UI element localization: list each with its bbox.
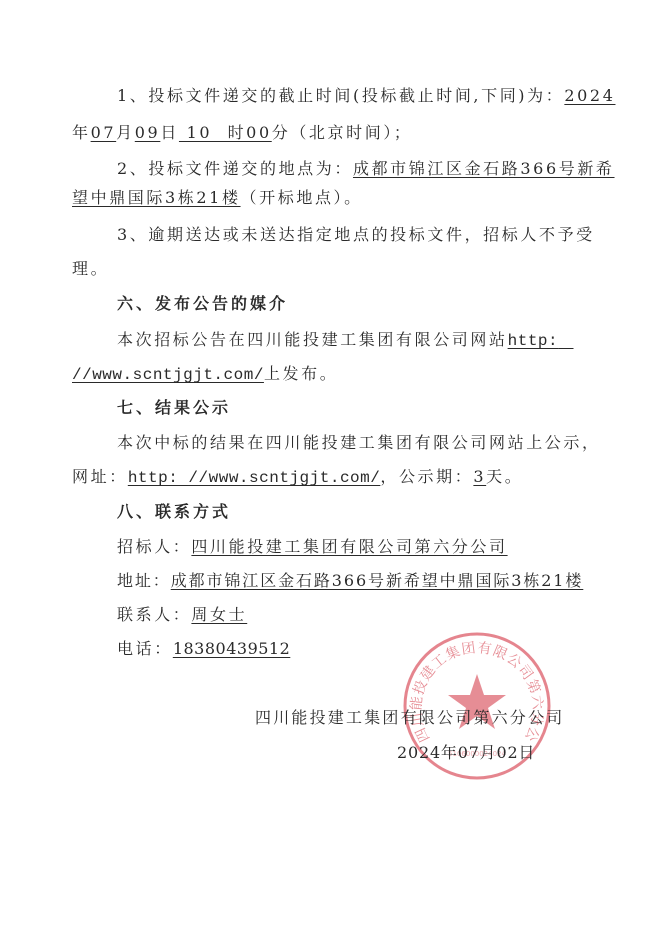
item-1-line-1: 1、投标文件递交的截止时间(投标截止时间,下同)为：2024 bbox=[117, 86, 615, 106]
section-6-text-line-1: 本次招标公告在四川能投建工集团有限公司网站http: bbox=[117, 330, 574, 351]
address-value: 成都市锦江区金石路366号新希望中鼎国际3栋21楼 bbox=[171, 571, 584, 590]
publish-text: 本次招标公告在四川能投建工集团有限公司网站 bbox=[117, 330, 508, 349]
contact-row: 联系人：周女士 bbox=[117, 605, 247, 625]
section-6-text-line-2: //www.scntjgjt.com/上发布。 bbox=[72, 364, 338, 385]
phone-row: 电话：18380439512 bbox=[117, 639, 290, 659]
section-6-heading: 六、发布公告的媒介 bbox=[117, 294, 288, 314]
location-label: 2、投标文件递交的地点为： bbox=[117, 159, 353, 178]
deadline-day: 09 bbox=[135, 123, 161, 142]
timezone-note: 分（北京时间）； bbox=[272, 123, 413, 142]
publish-suffix: 上发布。 bbox=[264, 364, 338, 383]
period-unit: 天。 bbox=[486, 467, 523, 486]
signature-date: 2024年07月02日 bbox=[397, 743, 535, 763]
signature-company: 四川能投建工集团有限公司第六分公司 bbox=[255, 708, 564, 728]
section-8-heading: 八、联系方式 bbox=[117, 502, 231, 522]
day-suffix: 日 bbox=[160, 123, 179, 142]
section-7-text-line-1: 本次中标的结果在四川能投建工集团有限公司网站上公示， bbox=[117, 433, 601, 453]
month-suffix: 月 bbox=[116, 123, 135, 142]
address-label: 地址： bbox=[117, 571, 171, 590]
item-2-line-1: 2、投标文件递交的地点为：成都市锦江区金石路366号新希 bbox=[117, 159, 615, 179]
address-row: 地址：成都市锦江区金石路366号新希望中鼎国际3栋21楼 bbox=[117, 571, 583, 591]
contact-label: 联系人： bbox=[117, 605, 191, 624]
period-value: 3 bbox=[473, 467, 486, 486]
item-2-line-2: 望中鼎国际3栋21楼（开标地点）。 bbox=[72, 188, 363, 208]
publish-url-link[interactable]: http: bbox=[508, 332, 559, 350]
deadline-hour: 10 时00 bbox=[179, 123, 272, 142]
location-address-cont: 望中鼎国际3栋21楼 bbox=[72, 188, 241, 207]
phone-label: 电话： bbox=[117, 639, 173, 658]
location-address: 成都市锦江区金石路366号新希 bbox=[353, 159, 615, 178]
period-label: ，公示期： bbox=[380, 467, 473, 486]
result-url-link[interactable]: http: //www.scntjgjt.com/ bbox=[128, 469, 381, 487]
contact-value: 周女士 bbox=[191, 605, 247, 624]
section-7-heading: 七、结果公示 bbox=[117, 398, 231, 418]
deadline-label: 1、投标文件递交的截止时间(投标截止时间,下同)为： bbox=[117, 86, 564, 105]
year-suffix: 年 bbox=[72, 123, 91, 142]
tenderer-row: 招标人：四川能投建工集团有限公司第六分公司 bbox=[117, 537, 508, 557]
item-3-line-1: 3、逾期送达或未送达指定地点的投标文件，招标人不予受 bbox=[117, 225, 595, 245]
tenderer-label: 招标人： bbox=[117, 537, 191, 556]
publish-url-link-cont[interactable]: //www.scntjgjt.com/ bbox=[72, 366, 264, 384]
deadline-month: 07 bbox=[91, 123, 117, 142]
deadline-year: 2024 bbox=[564, 86, 615, 105]
item-3-line-2: 理。 bbox=[72, 259, 109, 279]
location-note: （开标地点）。 bbox=[241, 188, 363, 207]
section-7-text-line-2: 网址：http: //www.scntjgjt.com/，公示期：3天。 bbox=[72, 467, 523, 488]
item-1-line-2: 年07月09日 10 时00分（北京时间）； bbox=[72, 123, 413, 143]
tenderer-value: 四川能投建工集团有限公司第六分公司 bbox=[191, 537, 507, 556]
url-label: 网址： bbox=[72, 467, 128, 486]
phone-value: 18380439512 bbox=[173, 639, 290, 658]
